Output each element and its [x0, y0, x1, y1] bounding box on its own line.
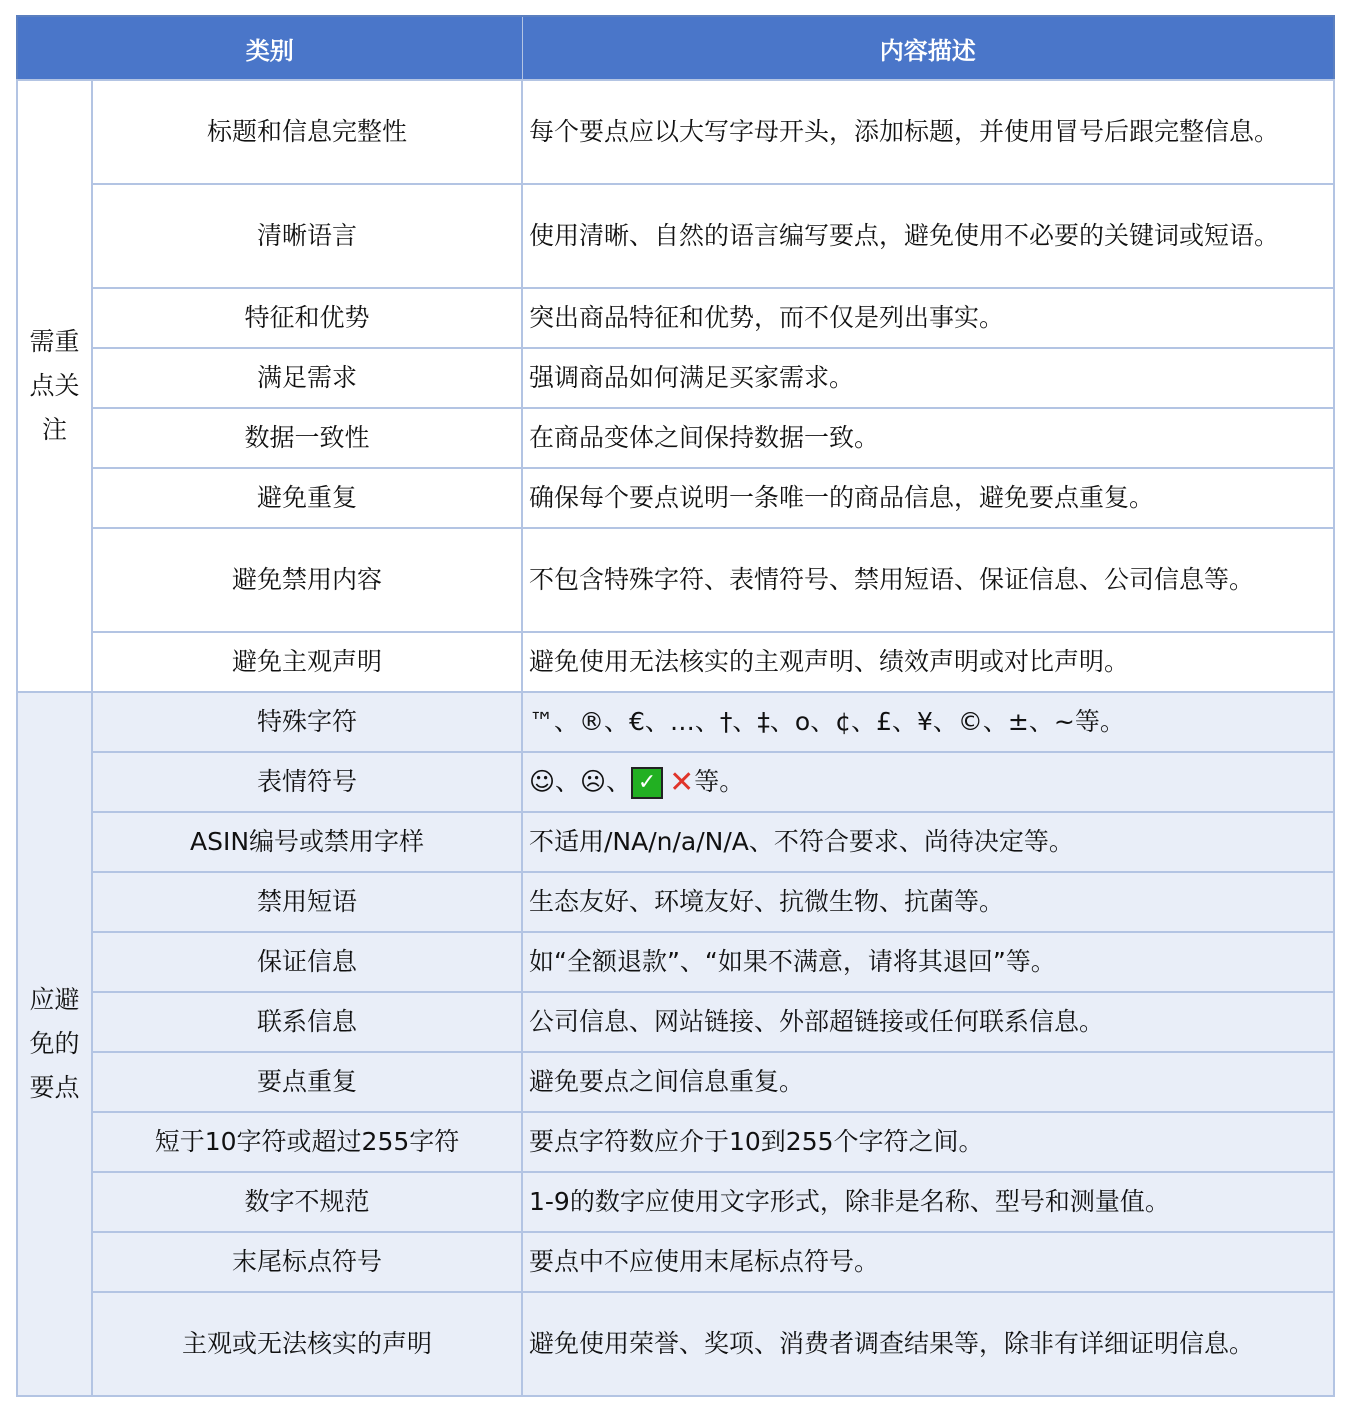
table-row: 清晰语言 使用清晰、自然的语言编写要点，避免使用不必要的关键词或短语。 [17, 184, 1334, 288]
table-row: 主观或无法核实的声明 避免使用荣誉、奖项、消费者调查结果等，除非有详细证明信息。 [17, 1292, 1334, 1396]
description-cell: 要点中不应使用末尾标点符号。 [522, 1232, 1334, 1292]
category-cell: 保证信息 [92, 932, 522, 992]
table-row: ASIN编号或禁用字样 不适用/NA/n/a/N/A、不符合要求、尚待决定等。 [17, 812, 1334, 872]
table-row: 需重点关注 标题和信息完整性 每个要点应以大写字母开头，添加标题，并使用冒号后跟… [17, 80, 1334, 184]
description-cell: ™、®、€、…、†、‡、o、¢、£、¥、©、±、~等。 [522, 692, 1334, 752]
description-cell: 如“全额退款”、“如果不满意，请将其退回”等。 [522, 932, 1334, 992]
description-cell: 使用清晰、自然的语言编写要点，避免使用不必要的关键词或短语。 [522, 184, 1334, 288]
category-cell: 数据一致性 [92, 408, 522, 468]
category-cell: 特征和优势 [92, 288, 522, 348]
table-row: 满足需求 强调商品如何满足买家需求。 [17, 348, 1334, 408]
description-cell: 1-9的数字应使用文字形式，除非是名称、型号和测量值。 [522, 1172, 1334, 1232]
category-cell: 避免禁用内容 [92, 528, 522, 632]
category-cell: 要点重复 [92, 1052, 522, 1112]
header-category: 类别 [17, 16, 522, 80]
table-row: 末尾标点符号 要点中不应使用末尾标点符号。 [17, 1232, 1334, 1292]
table-row: 要点重复 避免要点之间信息重复。 [17, 1052, 1334, 1112]
description-cell: 确保每个要点说明一条唯一的商品信息，避免要点重复。 [522, 468, 1334, 528]
description-cell: 不适用/NA/n/a/N/A、不符合要求、尚待决定等。 [522, 812, 1334, 872]
description-cell: 突出商品特征和优势，而不仅是列出事实。 [522, 288, 1334, 348]
description-cell: 强调商品如何满足买家需求。 [522, 348, 1334, 408]
table-row: 联系信息 公司信息、网站链接、外部超链接或任何联系信息。 [17, 992, 1334, 1052]
description-cell: 要点字符数应介于10到255个字符之间。 [522, 1112, 1334, 1172]
group-label-focus: 需重点关注 [17, 80, 92, 692]
cross-mark-emoji-icon: ✕ [669, 765, 694, 800]
category-cell: 数字不规范 [92, 1172, 522, 1232]
description-cell: 避免使用无法核实的主观声明、绩效声明或对比声明。 [522, 632, 1334, 692]
category-cell: 联系信息 [92, 992, 522, 1052]
description-cell: 不包含特殊字符、表情符号、禁用短语、保证信息、公司信息等。 [522, 528, 1334, 632]
category-cell: 满足需求 [92, 348, 522, 408]
table-row: 数字不规范 1-9的数字应使用文字形式，除非是名称、型号和测量值。 [17, 1172, 1334, 1232]
category-cell: 主观或无法核实的声明 [92, 1292, 522, 1396]
check-mark-emoji-icon: ✓ [631, 767, 663, 799]
table-row: 特征和优势 突出商品特征和优势，而不仅是列出事实。 [17, 288, 1334, 348]
category-cell: 短于10字符或超过255字符 [92, 1112, 522, 1172]
table-row: 保证信息 如“全额退款”、“如果不满意，请将其退回”等。 [17, 932, 1334, 992]
table-row: 避免重复 确保每个要点说明一条唯一的商品信息，避免要点重复。 [17, 468, 1334, 528]
header-description: 内容描述 [522, 16, 1334, 80]
emoji-prefix: ☺、☹、 [529, 767, 631, 796]
category-cell: 表情符号 [92, 752, 522, 812]
group-label-avoid: 应避免的要点 [17, 692, 92, 1396]
table-row: 短于10字符或超过255字符 要点字符数应介于10到255个字符之间。 [17, 1112, 1334, 1172]
category-cell: 禁用短语 [92, 872, 522, 932]
table-row: 数据一致性 在商品变体之间保持数据一致。 [17, 408, 1334, 468]
description-cell: 避免使用荣誉、奖项、消费者调查结果等，除非有详细证明信息。 [522, 1292, 1334, 1396]
guidelines-table: 类别 内容描述 需重点关注 标题和信息完整性 每个要点应以大写字母开头，添加标题… [16, 15, 1335, 1397]
emoji-suffix: 等。 [694, 767, 744, 796]
description-cell: 公司信息、网站链接、外部超链接或任何联系信息。 [522, 992, 1334, 1052]
category-cell: 标题和信息完整性 [92, 80, 522, 184]
description-cell: 每个要点应以大写字母开头，添加标题，并使用冒号后跟完整信息。 [522, 80, 1334, 184]
description-cell: 避免要点之间信息重复。 [522, 1052, 1334, 1112]
category-cell: 特殊字符 [92, 692, 522, 752]
category-cell: 清晰语言 [92, 184, 522, 288]
table-row: 禁用短语 生态友好、环境友好、抗微生物、抗菌等。 [17, 872, 1334, 932]
category-cell: 末尾标点符号 [92, 1232, 522, 1292]
header-row: 类别 内容描述 [17, 16, 1334, 80]
category-cell: ASIN编号或禁用字样 [92, 812, 522, 872]
table-row: 避免主观声明 避免使用无法核实的主观声明、绩效声明或对比声明。 [17, 632, 1334, 692]
table-row: 应避免的要点 特殊字符 ™、®、€、…、†、‡、o、¢、£、¥、©、±、~等。 [17, 692, 1334, 752]
table-row: 避免禁用内容 不包含特殊字符、表情符号、禁用短语、保证信息、公司信息等。 [17, 528, 1334, 632]
description-cell: 生态友好、环境友好、抗微生物、抗菌等。 [522, 872, 1334, 932]
description-cell: 在商品变体之间保持数据一致。 [522, 408, 1334, 468]
description-cell: ☺、☹、✓✕等。 [522, 752, 1334, 812]
category-cell: 避免主观声明 [92, 632, 522, 692]
category-cell: 避免重复 [92, 468, 522, 528]
table-row: 表情符号 ☺、☹、✓✕等。 [17, 752, 1334, 812]
